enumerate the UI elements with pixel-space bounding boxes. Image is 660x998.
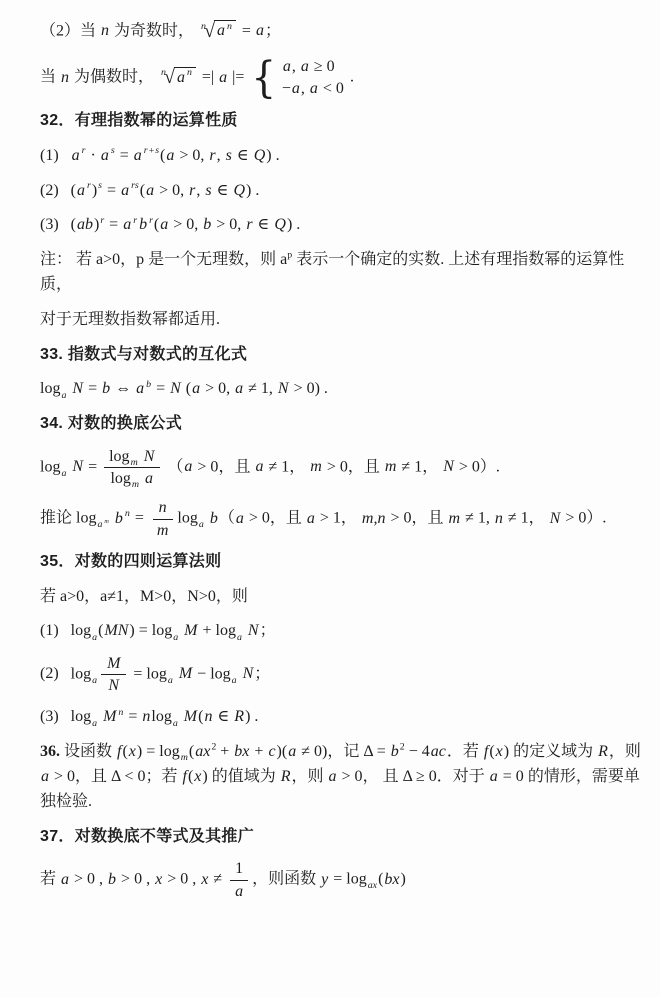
text-run: ，	[289, 458, 309, 475]
math-variable: a	[167, 675, 174, 686]
formula-root-odd-case: （2）当 n 为奇数时， n√an = a；	[40, 16, 644, 47]
math-operator: ) =	[137, 743, 159, 760]
math-variable: M	[174, 665, 193, 682]
math-operator: .	[346, 69, 354, 86]
math-operator: ≠ 1,	[244, 380, 277, 397]
text-run: 当	[40, 69, 60, 86]
math-variable: M	[98, 708, 117, 725]
subscript: a	[167, 675, 174, 686]
math-variable: s	[204, 182, 212, 199]
math-operator: − 4	[405, 743, 430, 760]
text-run: （	[219, 510, 235, 527]
math-variable: n	[186, 67, 193, 78]
subscript: a	[172, 718, 179, 729]
math-operator: (	[182, 380, 191, 397]
formula-34: loga N = logm Nlogm a （a > 0，且 a ≠ 1， m …	[40, 447, 644, 488]
math-variable: N	[139, 448, 156, 465]
math-operator: < 0	[319, 80, 344, 97]
text-run: ，且	[218, 458, 254, 475]
math-variable: N	[107, 677, 120, 694]
math-variable: x	[128, 743, 137, 760]
text-run: 注： 若 a>0，p 是一个无理数，则 a	[40, 251, 287, 268]
math-operator: +	[198, 622, 215, 639]
formula-35-1: (1)loga(MN) = loga M + loga N；	[40, 619, 644, 644]
math-operator: =|	[198, 69, 218, 86]
math-variable: a	[236, 632, 243, 643]
math-variable: b	[202, 216, 212, 233]
math-operator: =	[131, 510, 148, 527]
math-operator: =	[116, 147, 133, 164]
text-run: ；	[265, 22, 281, 39]
math-operator: > 0	[338, 768, 363, 785]
math-variable: a	[71, 147, 81, 164]
math-variable: a	[120, 182, 130, 199]
math-operator: )(	[277, 743, 288, 760]
math-variable: a	[300, 58, 310, 75]
math-function: log	[71, 665, 91, 682]
text-run: 对于无理数指数幂都适用.	[40, 311, 220, 328]
math-variable: MN	[103, 622, 129, 639]
math-operator: =	[103, 182, 120, 199]
math-operator: > 0	[245, 510, 270, 527]
math-variable: Q	[253, 147, 267, 164]
math-function: log	[71, 622, 91, 639]
math-operator: ·	[87, 147, 100, 164]
math-variable: a	[60, 871, 70, 888]
formula-37: 若 a > 0 , b > 0 , x > 0 , x ≠ 1a，则函数 y =…	[40, 859, 644, 900]
math-variable: a	[91, 675, 98, 686]
math-variable: m	[448, 510, 462, 527]
text-run: ，且	[412, 510, 448, 527]
math-variable: m	[131, 479, 140, 490]
math-function: log	[210, 665, 230, 682]
text-run: ）.	[586, 510, 606, 527]
math-variable: b	[390, 743, 400, 760]
math-variable: a	[255, 22, 265, 39]
superscript: n	[124, 508, 131, 519]
math-operator: ≥ 0	[310, 58, 335, 75]
text-run: ，	[341, 510, 361, 527]
math-operator: ≠ 1	[397, 458, 422, 475]
math-variable: N	[238, 665, 255, 682]
fraction-denominator: m	[151, 520, 175, 540]
math-operator: ⇔	[111, 380, 135, 397]
text-35-conditions: 若 a>0，a≠1，M>0，N>0，则	[40, 585, 644, 610]
text-run: ，且	[75, 768, 111, 785]
text-run: ；若	[145, 768, 181, 785]
math-variable: s	[225, 147, 233, 164]
subscript: a	[91, 675, 98, 686]
math-operator: > 0	[50, 768, 75, 785]
math-operator: > 0 ,	[163, 871, 200, 888]
text-run: ．对于	[437, 768, 489, 785]
fraction-numerator: logm N	[104, 447, 160, 468]
math-operator: ,	[301, 80, 309, 97]
fraction: 1a	[229, 859, 249, 900]
radicand: an	[174, 67, 196, 86]
math-operator: > 0,	[201, 380, 234, 397]
math-operator: > 0	[386, 510, 411, 527]
math-operator: −	[193, 665, 210, 682]
math-variable: a	[122, 216, 132, 233]
math-variable: a	[159, 216, 169, 233]
math-variable: b	[110, 510, 124, 527]
math-operator: > 1	[316, 510, 341, 527]
math-variable: Q	[273, 216, 287, 233]
math-variable: N	[67, 380, 84, 397]
math-operator: > 0	[561, 510, 586, 527]
math-operator: =	[152, 380, 169, 397]
left-brace-icon: {	[252, 61, 277, 96]
math-function: log	[146, 665, 166, 682]
math-variable: x	[495, 743, 504, 760]
math-operator: (	[122, 743, 127, 760]
text-run: ，则	[292, 768, 328, 785]
math-variable: m	[130, 457, 139, 468]
math-variable: a	[176, 69, 186, 86]
fraction: logm Nlogm a	[104, 447, 160, 488]
math-variable: a	[140, 470, 154, 487]
math-variable: a	[282, 58, 292, 75]
math-operator: ,	[292, 58, 300, 75]
text-run: （	[163, 458, 183, 475]
math-operator: ∈	[213, 182, 233, 199]
math-variable: R	[280, 768, 292, 785]
subscript: a	[236, 632, 243, 643]
fraction-denominator: logm a	[105, 468, 159, 488]
heading-37: 37．对数换底不等式及其推广	[40, 825, 644, 850]
math-variable: n	[226, 21, 233, 32]
text-run: 为偶数时，	[70, 69, 158, 86]
math-variable: R	[233, 708, 245, 725]
radical: n√an	[160, 69, 196, 86]
radical: n√an	[200, 22, 236, 39]
math-variable: n	[203, 708, 213, 725]
fraction-denominator: N	[102, 675, 125, 695]
math-variable: m	[384, 458, 398, 475]
math-operator: +	[216, 743, 233, 760]
math-variable: n	[60, 69, 70, 86]
math-variable: bx	[383, 871, 400, 888]
formula-32-1: (1)ar · as = ar+s(a > 0, r, s ∈ Q) .	[40, 144, 644, 169]
math-operator: ) .	[266, 147, 279, 164]
math-variable: y	[320, 871, 329, 888]
math-variable: a	[306, 510, 316, 527]
math-variable: a	[145, 182, 155, 199]
math-operator: > 0) .	[290, 380, 328, 397]
math-function: log	[177, 510, 197, 527]
math-operator: 1	[235, 860, 243, 877]
math-variable: a	[165, 147, 175, 164]
subscript: am	[96, 519, 109, 530]
math-variable: a	[216, 22, 226, 39]
math-operator: ) =	[129, 622, 151, 639]
formula-32-3: (3)(ab)r = arbr(a > 0, b > 0, r ∈ Q) .	[40, 213, 644, 238]
math-variable: m,n	[361, 510, 387, 527]
math-operator: =	[84, 458, 101, 475]
bold-run: 36.	[40, 743, 60, 760]
math-operator: > 0	[455, 458, 480, 475]
math-function: log	[110, 470, 130, 487]
math-function: log	[76, 510, 96, 527]
math-variable: m	[156, 522, 170, 539]
math-operator: ≠ 1,	[461, 510, 494, 527]
math-operator: =	[129, 665, 146, 682]
math-variable: m	[180, 752, 189, 763]
math-operator: =	[124, 708, 141, 725]
text-run: （2）当	[40, 22, 100, 39]
text-run: 推论	[40, 510, 76, 527]
math-operator: ,	[217, 147, 225, 164]
math-operator: > 0,	[155, 182, 188, 199]
math-variable: N	[243, 622, 260, 639]
math-function: log	[151, 708, 171, 725]
cases-row: a, a ≥ 0	[282, 57, 344, 77]
math-operator: ≠ 0)	[297, 743, 327, 760]
math-variable: N	[277, 380, 290, 397]
math-variable: a	[254, 458, 264, 475]
math-operator: )	[401, 871, 406, 888]
math-operator: ∈	[213, 708, 233, 725]
math-variable: b	[101, 380, 111, 397]
text-run: 33. 指数式与对数式的互化式	[40, 346, 247, 363]
text-run: ，记	[327, 743, 363, 760]
math-variable: a	[489, 768, 499, 785]
math-operator: ) .	[245, 708, 258, 725]
text-run: ，则	[609, 743, 645, 760]
radicand: an	[214, 20, 236, 39]
superscript: n	[226, 21, 233, 32]
heading-35: 35．对数的四则运算法则	[40, 550, 644, 575]
text-run: ，则函数	[252, 871, 320, 888]
formula-32-2: (2)(ar)s = ars(a > 0, r, s ∈ Q) .	[40, 179, 644, 204]
math-variable: R	[597, 743, 609, 760]
paragraph-36: 36. 设函数 f(x) = logm(ax2 + bx + c)(a ≠ 0)…	[40, 740, 644, 814]
text-run: 32．有理指数幂的运算性质	[40, 112, 238, 129]
math-variable: M	[106, 655, 121, 672]
math-function: log	[71, 708, 91, 725]
math-variable: n	[141, 708, 151, 725]
math-variable: a	[234, 380, 244, 397]
math-function: log	[159, 743, 179, 760]
math-variable: n	[158, 499, 168, 516]
heading-33: 33. 指数式与对数式的互化式	[40, 343, 644, 368]
math-function: log	[40, 458, 60, 475]
math-operator: ∈	[233, 147, 253, 164]
math-variable: ax	[194, 743, 211, 760]
math-variable: a	[234, 883, 244, 900]
fraction: MN	[101, 654, 126, 695]
math-variable: a	[172, 718, 179, 729]
math-variable: a	[235, 510, 245, 527]
superscript: r+s	[143, 145, 160, 156]
math-variable: a	[100, 147, 110, 164]
math-operator: =	[329, 871, 346, 888]
subscript: a	[198, 519, 205, 530]
math-operator: |=	[228, 69, 248, 86]
math-operator: (3)	[40, 708, 59, 725]
math-operator: (	[489, 743, 494, 760]
math-operator: > 0 ,	[117, 871, 154, 888]
math-variable: x	[200, 871, 209, 888]
text-run: ，且	[348, 458, 384, 475]
math-operator: > 0	[193, 458, 218, 475]
math-variable: N	[549, 510, 562, 527]
formula-34-corollary: 推论 logam bn = nmloga b（a > 0，且 a > 1， m,…	[40, 498, 644, 539]
math-variable: a	[309, 80, 319, 97]
document-body: （2）当 n 为奇数时， n√an = a；当 n 为偶数时， n√an =| …	[40, 16, 644, 901]
superscript: n	[186, 67, 193, 78]
math-operator: ≠ 1	[264, 458, 289, 475]
fraction: nm	[151, 498, 175, 539]
cases-group: {a, a ≥ 0−a, a < 0	[250, 57, 344, 99]
math-operator: > 0 ,	[70, 871, 107, 888]
math-operator: > 0,	[175, 147, 208, 164]
math-variable: n	[494, 510, 504, 527]
text-run: ，且	[270, 510, 306, 527]
fraction-numerator: n	[153, 498, 173, 519]
math-variable: M	[179, 622, 198, 639]
math-variable: rs	[130, 180, 140, 191]
math-operator: ≠	[209, 871, 226, 888]
math-variable: ax	[367, 880, 378, 891]
text-run: 若	[40, 871, 60, 888]
math-operator: ≠ 1，	[504, 510, 549, 527]
text-run: ）.	[480, 458, 500, 475]
math-variable: m	[309, 458, 323, 475]
math-variable: ab	[76, 216, 94, 233]
formula-35-3: (3)loga Mn = nloga M(n ∈ R) .	[40, 705, 644, 730]
formula-35-2: (2)logaMN = loga M − loga N；	[40, 654, 644, 695]
math-variable: a	[76, 182, 86, 199]
math-operator: =	[238, 22, 255, 39]
math-operator: ∈	[254, 216, 274, 233]
text-run: 34. 对数的换底公式	[40, 415, 182, 432]
math-function: log	[152, 622, 172, 639]
math-operator: Δ =	[363, 743, 389, 760]
math-variable: x	[154, 871, 163, 888]
text-run: 37．对数换底不等式及其推广	[40, 828, 254, 845]
text-run: 为奇数时，	[110, 22, 198, 39]
subscript: m	[131, 479, 140, 490]
text-run: 的定义域为	[509, 743, 597, 760]
text-run: ，	[422, 458, 442, 475]
math-variable: a	[191, 380, 201, 397]
math-operator: −	[282, 80, 291, 97]
superscript: rs	[130, 180, 140, 191]
math-variable: n	[124, 508, 131, 519]
text-run: 若 a>0，a≠1，M>0，N>0，则	[40, 588, 248, 605]
math-operator: +	[250, 743, 267, 760]
math-variable: c	[267, 743, 276, 760]
math-variable: a	[231, 675, 238, 686]
subscript: a	[231, 675, 238, 686]
text-run: ；	[260, 622, 276, 639]
text-run: ；	[254, 665, 270, 682]
math-variable: r	[245, 216, 253, 233]
math-operator: > 0	[323, 458, 348, 475]
math-variable: a	[183, 458, 193, 475]
subscript: m	[130, 457, 139, 468]
document-page: （2）当 n 为奇数时， n√an = a；当 n 为偶数时， n√an =| …	[0, 0, 660, 998]
math-variable: N	[442, 458, 455, 475]
math-variable: b	[138, 216, 148, 233]
math-operator: > 0,	[169, 216, 202, 233]
math-variable: a	[40, 768, 50, 785]
math-variable: a	[135, 380, 145, 397]
math-operator: (2)	[40, 665, 59, 682]
math-operator: =	[84, 380, 101, 397]
math-operator: (1)	[40, 147, 59, 164]
math-variable: a	[291, 80, 301, 97]
fraction-numerator: 1	[230, 859, 248, 880]
formula-33: loga N = b ⇔ ab = N (a > 0, a ≠ 1, N > 0…	[40, 377, 644, 402]
formula-root-even-case: 当 n 为偶数时， n√an =| a |= {a, a ≥ 0−a, a < …	[40, 57, 644, 99]
math-operator: Δ ≥ 0	[403, 768, 437, 785]
math-variable: b	[205, 510, 219, 527]
math-operator: Δ < 0	[111, 768, 145, 785]
subscript: ax	[367, 880, 378, 891]
math-variable: a	[287, 743, 297, 760]
heading-32: 32．有理指数幂的运算性质	[40, 109, 644, 134]
text-run: ， 且	[363, 768, 403, 785]
math-variable: Q	[232, 182, 246, 199]
fraction-denominator: a	[229, 881, 249, 901]
math-function: log	[216, 622, 236, 639]
math-variable: b	[107, 871, 117, 888]
math-operator: =	[105, 216, 122, 233]
math-operator: = 0	[499, 768, 524, 785]
fraction-numerator: M	[101, 654, 126, 675]
math-variable: a	[133, 147, 143, 164]
math-operator: ) .	[246, 182, 259, 199]
note-line-2: 对于无理数指数幂都适用.	[40, 308, 644, 333]
text-run: 35．对数的四则运算法则	[40, 553, 221, 570]
math-function: log	[40, 380, 60, 397]
text-run: 的值域为	[208, 768, 280, 785]
text-run: 设函数	[60, 743, 116, 760]
cases-rows: a, a ≥ 0−a, a < 0	[282, 57, 344, 99]
math-function: log	[109, 448, 129, 465]
heading-34: 34. 对数的换底公式	[40, 412, 644, 437]
math-operator: (3)	[40, 216, 59, 233]
math-operator: (2)	[40, 182, 59, 199]
subscript: m	[180, 752, 189, 763]
math-variable: ac	[430, 743, 447, 760]
superscript: m	[103, 519, 109, 525]
math-variable: M	[179, 708, 198, 725]
cases-row: −a, a < 0	[282, 79, 344, 99]
math-variable: N	[169, 380, 182, 397]
math-operator: > 0,	[212, 216, 245, 233]
math-variable: a	[218, 69, 228, 86]
math-function: log	[346, 871, 366, 888]
math-variable: n	[100, 22, 110, 39]
math-variable: bx	[233, 743, 250, 760]
math-variable: N	[67, 458, 84, 475]
text-run: ．若	[447, 743, 483, 760]
note-line-1: 注： 若 a>0，p 是一个无理数，则 ap 表示一个确定的实数. 上述有理指数…	[40, 248, 644, 298]
math-variable: r	[208, 147, 216, 164]
math-variable: m	[103, 519, 109, 525]
math-operator: (1)	[40, 622, 59, 639]
math-variable: a	[198, 519, 205, 530]
math-variable: a	[328, 768, 338, 785]
math-operator: ) .	[287, 216, 300, 233]
